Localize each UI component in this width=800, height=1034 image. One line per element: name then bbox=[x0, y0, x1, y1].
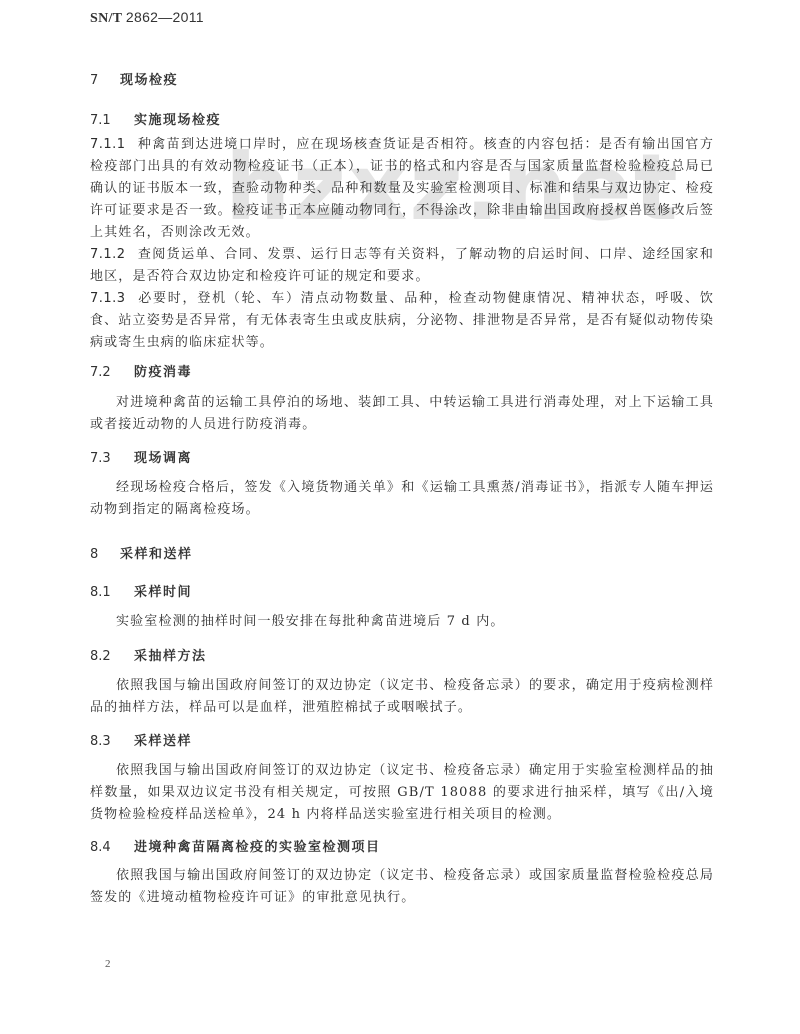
section-title: 采样送样 bbox=[134, 734, 192, 749]
clause-text: 查阅货运单、合同、发票、运行日志等有关资料，了解动物的启运时间、口岸、途经国家和… bbox=[90, 247, 714, 284]
section-title: 采样时间 bbox=[134, 585, 192, 600]
section-heading-7-2: 7.2防疫消毒 bbox=[90, 361, 192, 380]
clause-7-1-3: 7.1.3必要时，登机（轮、车）清点动物数量、品种，检查动物健康情况、精神状态，… bbox=[90, 288, 714, 354]
standard-number: 2862—2011 bbox=[126, 9, 204, 25]
paragraph-8-2: 依照我国与输出国政府间签订的双边协定（议定书、检疫备忘录）的要求，确定用于疫病检… bbox=[90, 675, 714, 719]
document-page: SN/T 2862—2011 hzxz.net 7现场检疫 7.1实施现场检疫 … bbox=[0, 0, 800, 1034]
section-title: 实施现场检疫 bbox=[134, 113, 221, 128]
section-heading-8: 8采样和送样 bbox=[90, 543, 193, 562]
paragraph-8-4: 依照我国与输出国政府间签订的双边协定（议定书、检疫备忘录）或国家质量监督检验检疫… bbox=[90, 865, 714, 909]
section-title: 进境种禽苗隔离检疫的实验室检测项目 bbox=[134, 840, 381, 855]
section-heading-8-4: 8.4进境种禽苗隔离检疫的实验室检测项目 bbox=[90, 836, 381, 855]
section-heading-7-3: 7.3现场调离 bbox=[90, 447, 192, 466]
section-title: 采样和送样 bbox=[120, 547, 193, 562]
section-number: 8 bbox=[90, 547, 120, 562]
section-title: 现场检疫 bbox=[120, 73, 178, 88]
section-heading-7-1: 7.1实施现场检疫 bbox=[90, 109, 221, 128]
page-number: 2 bbox=[105, 958, 111, 970]
clause-7-1-1: 7.1.1种禽苗到达进境口岸时，应在现场核查货证是否相符。核查的内容包括：是否有… bbox=[90, 134, 714, 244]
standard-prefix: SN/T bbox=[90, 11, 122, 26]
clause-7-1-2: 7.1.2查阅货运单、合同、发票、运行日志等有关资料，了解动物的启运时间、口岸、… bbox=[90, 244, 714, 288]
section-number: 7.3 bbox=[90, 451, 134, 466]
paragraph-8-3: 依照我国与输出国政府间签订的双边协定（议定书、检疫备忘录）确定用于实验室检测样品… bbox=[90, 760, 714, 826]
section-title: 采抽样方法 bbox=[134, 649, 207, 664]
section-number: 8.2 bbox=[90, 649, 134, 664]
section-number: 7 bbox=[90, 73, 120, 88]
section-number: 8.1 bbox=[90, 585, 134, 600]
paragraph-7-3: 经现场检疫合格后，签发《入境货物通关单》和《运输工具熏蒸/消毒证书》，指派专人随… bbox=[90, 477, 714, 521]
clause-number: 7.1.2 bbox=[90, 247, 126, 262]
section-title: 防疫消毒 bbox=[134, 365, 192, 380]
section-title: 现场调离 bbox=[134, 451, 192, 466]
paragraph-7-2: 对进境种禽苗的运输工具停泊的场地、装卸工具、中转运输工具进行消毒处理，对上下运输… bbox=[90, 392, 714, 436]
standard-code: SN/T 2862—2011 bbox=[90, 9, 204, 27]
clause-number: 7.1.3 bbox=[90, 291, 126, 306]
section-heading-8-2: 8.2采抽样方法 bbox=[90, 645, 207, 664]
clause-text: 必要时，登机（轮、车）清点动物数量、品种，检查动物健康情况、精神状态，呼吸、饮食… bbox=[90, 291, 714, 350]
section-heading-8-3: 8.3采样送样 bbox=[90, 730, 192, 749]
section-number: 7.2 bbox=[90, 365, 134, 380]
section-heading-8-1: 8.1采样时间 bbox=[90, 581, 192, 600]
section-number: 7.1 bbox=[90, 113, 134, 128]
clause-text: 种禽苗到达进境口岸时，应在现场核查货证是否相符。核查的内容包括：是否有输出国官方… bbox=[90, 137, 714, 240]
paragraph-8-1: 实验室检测的抽样时间一般安排在每批种禽苗进境后 7 d 内。 bbox=[90, 611, 714, 633]
clause-number: 7.1.1 bbox=[90, 137, 126, 152]
section-number: 8.3 bbox=[90, 734, 134, 749]
section-number: 8.4 bbox=[90, 840, 134, 855]
section-heading-7: 7现场检疫 bbox=[90, 69, 178, 88]
